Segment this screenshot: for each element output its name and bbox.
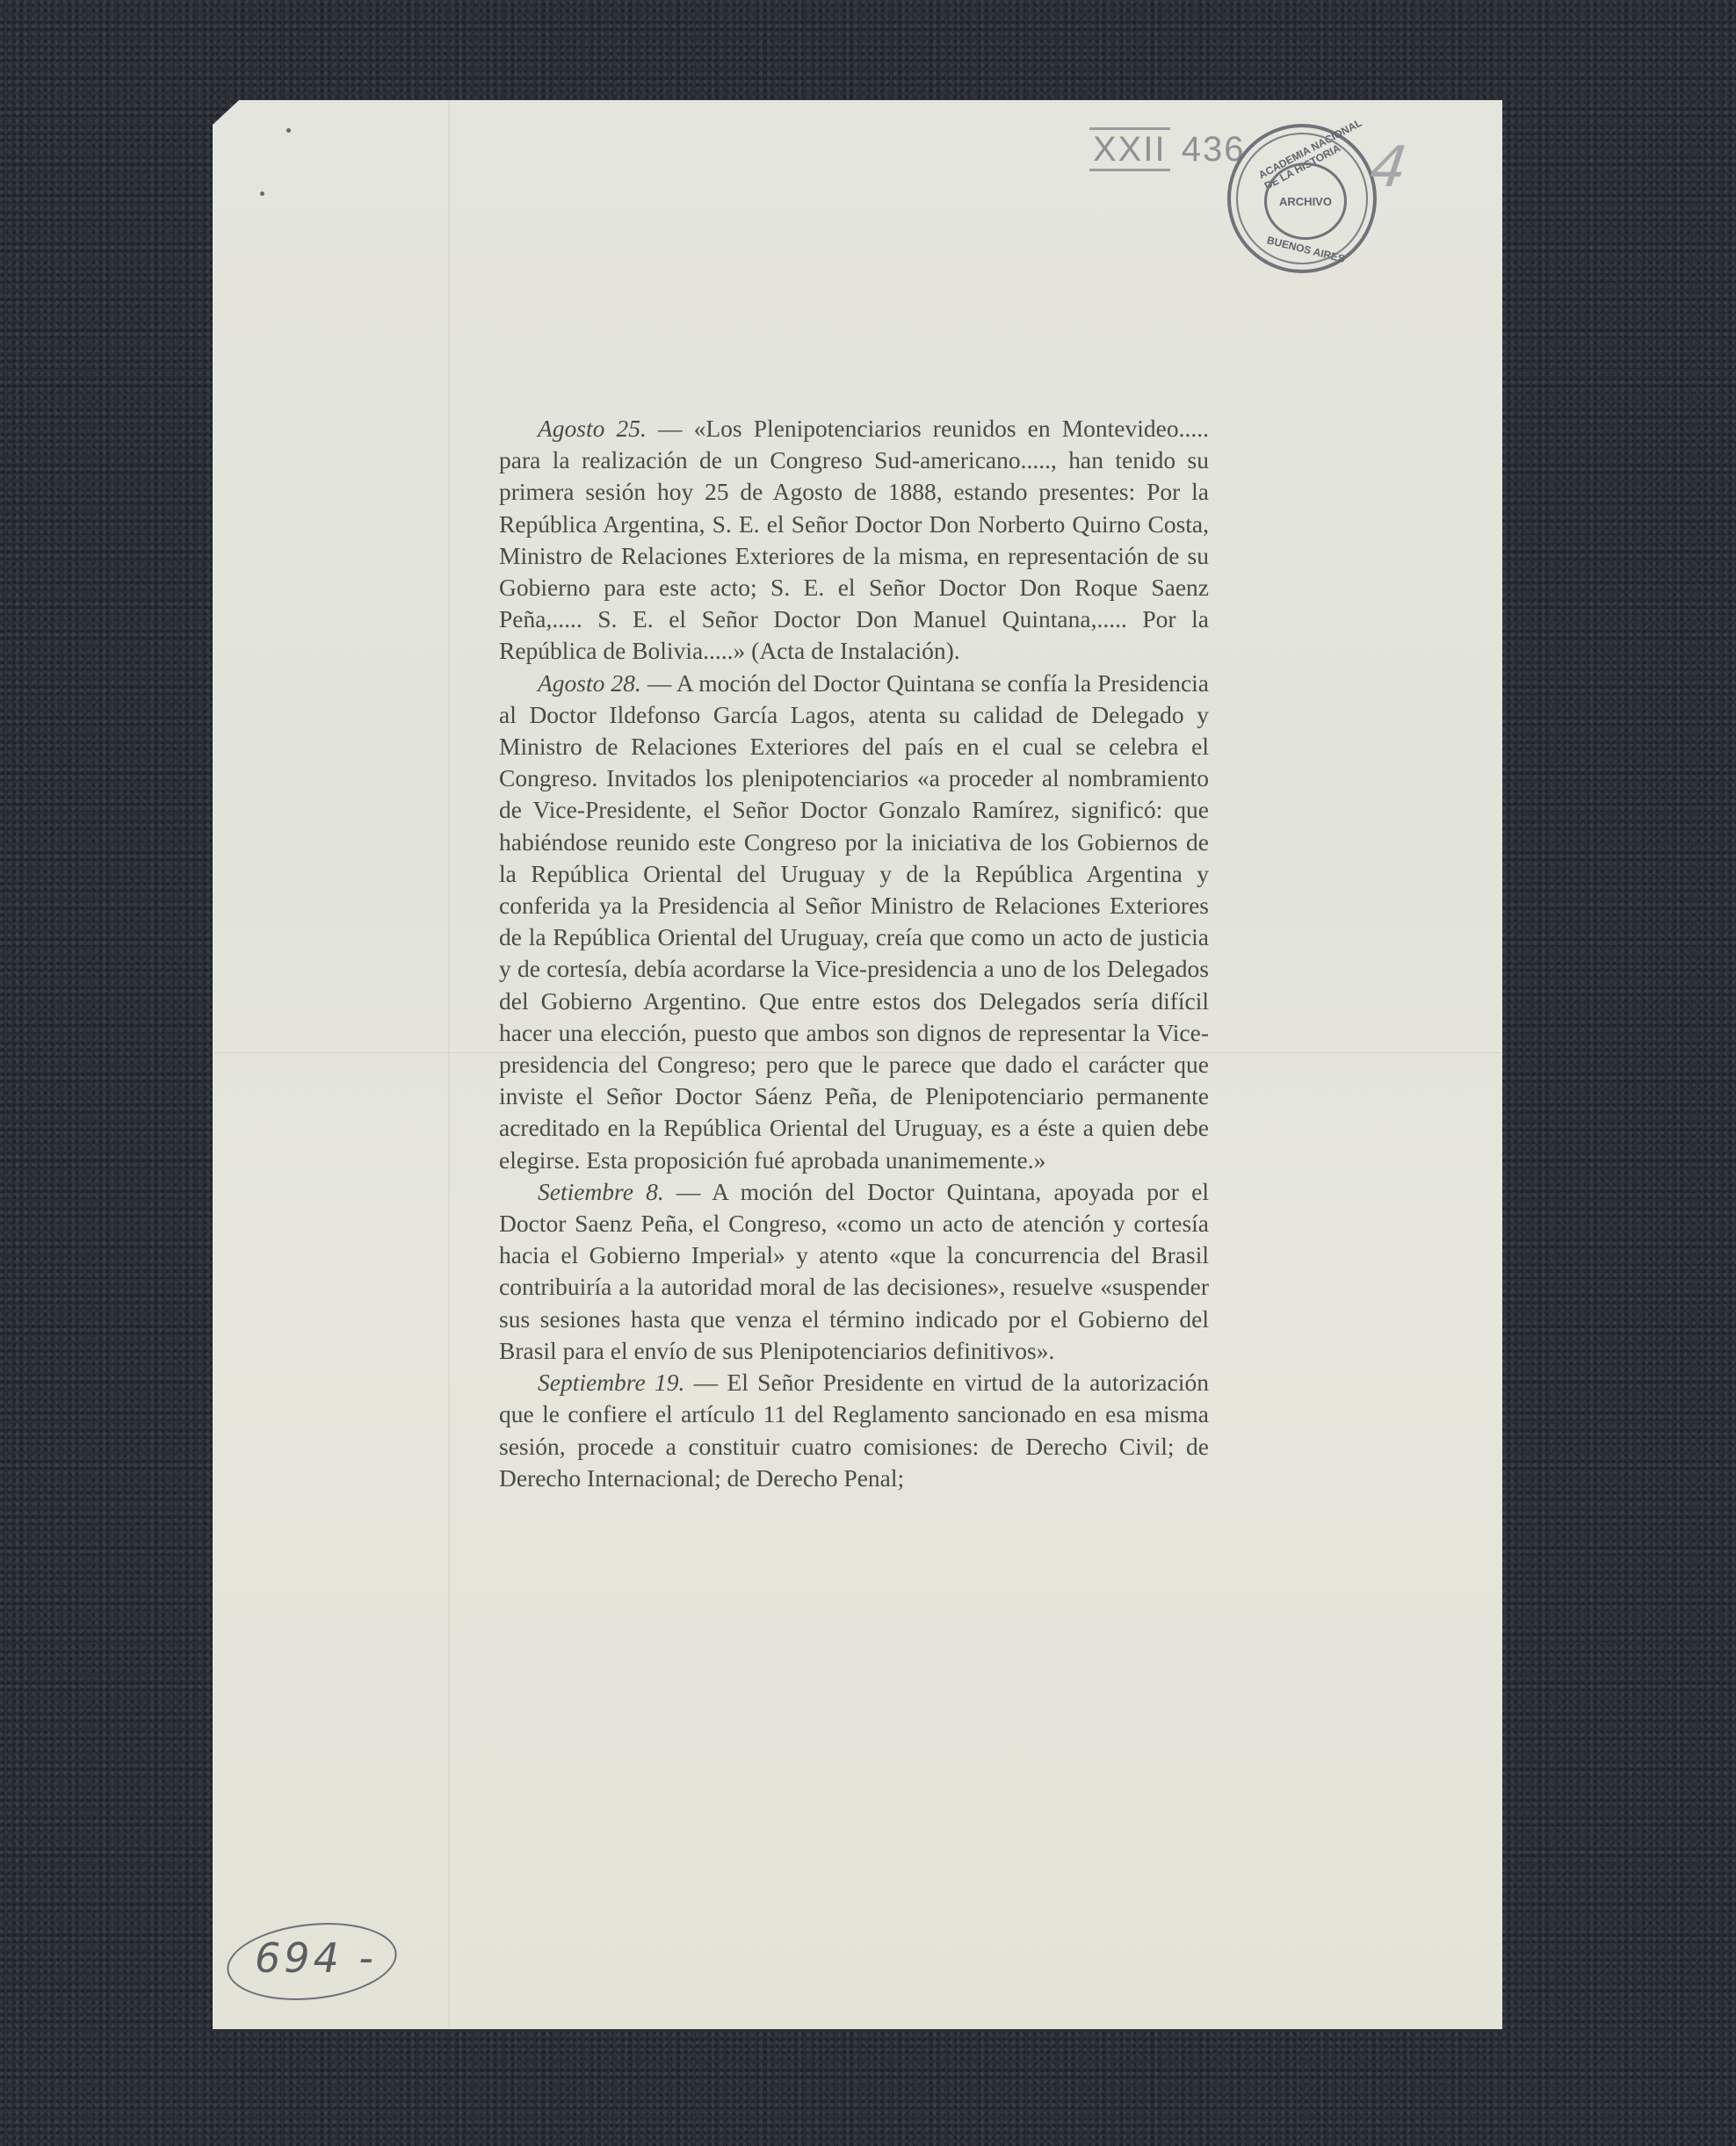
pin-hole-mark (260, 191, 264, 196)
entry-text: — «Los Plenipotenciarios reunidos en Mon… (499, 415, 1209, 664)
archive-stamp-icon: ACADEMIA NACIONAL DE LA HISTORIA ARCHIVO… (1227, 124, 1377, 273)
entry-text: — A moción del Doctor Quintana, apoyada … (499, 1178, 1209, 1364)
paragraph-septiembre-19: Septiembre 19. — El Señor Presidente en … (499, 1367, 1209, 1494)
entry-date: Agosto 28. (538, 669, 641, 697)
entry-date: Agosto 25. (538, 415, 647, 442)
entry-date: Septiembre 19. (538, 1369, 684, 1396)
shelfmark-roman: XXII (1089, 127, 1170, 171)
entry-text: — A moción del Doctor Quintana se confía… (499, 669, 1209, 1174)
stamp-center: ARCHIVO (1264, 163, 1347, 240)
paragraph-setiembre-8: Setiembre 8. — A moción del Doctor Quint… (499, 1176, 1209, 1367)
catalog-number: 694 - (255, 1934, 377, 1982)
stamp-center-text: ARCHIVO (1279, 195, 1332, 208)
vertical-fold-crease (448, 100, 450, 2029)
entry-date: Setiembre 8. (538, 1178, 664, 1205)
paragraph-agosto-28: Agosto 28. — A moción del Doctor Quintan… (499, 668, 1209, 1176)
archive-shelfmark: XXII 436 (1089, 130, 1245, 170)
paragraph-agosto-25: Agosto 25. — «Los Plenipotenciarios reun… (499, 413, 1209, 668)
document-body: Agosto 25. — «Los Plenipotenciarios reun… (499, 413, 1209, 1494)
stamp-bottom-text: BUENOS AIRES (1266, 234, 1347, 265)
document-page: XXII 436 ACADEMIA NACIONAL DE LA HISTORI… (213, 100, 1502, 2029)
stamp-top-text: ACADEMIA NACIONAL DE LA HISTORIA (1256, 115, 1371, 192)
pin-hole-mark (286, 128, 291, 133)
